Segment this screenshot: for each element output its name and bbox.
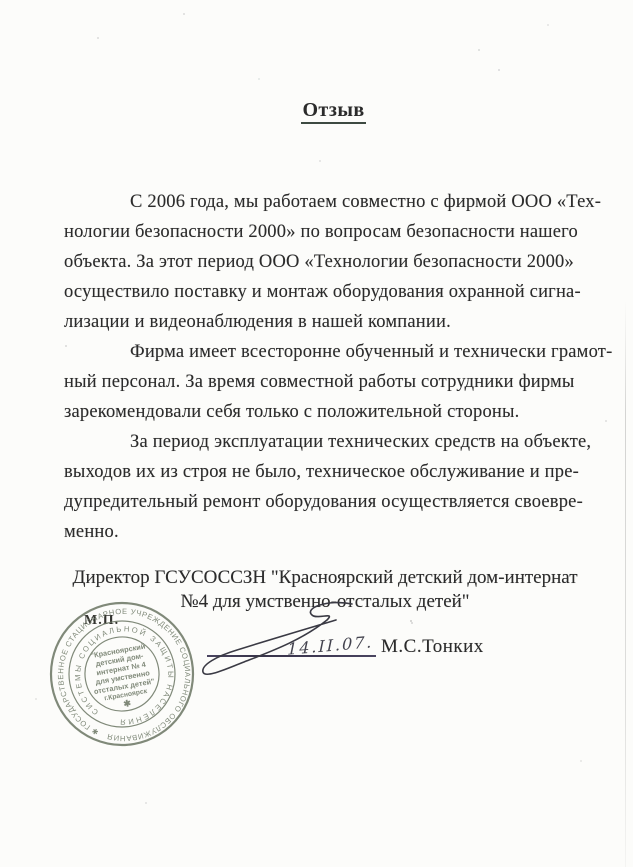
signatory-title-line-1: Директор ГСУСОССЗН "Красноярский детский… — [65, 566, 585, 590]
official-round-stamp-icon: ✱ ГОСУДАРСТВЕННОЕ СТАЦИОНАРНОЕ УЧРЕЖДЕНИ… — [46, 598, 198, 750]
page-title-text: Отзыв — [301, 99, 365, 124]
signer-name: М.С.Тонких — [381, 636, 484, 658]
body-text-line: дупредительный ремонт оборудования осуще… — [64, 487, 571, 517]
scanned-document-page: Отзыв С 2006 года, мы работаем совместно… — [0, 0, 633, 867]
body-text-line: нологии безопасности 2000» по вопросам б… — [64, 217, 571, 247]
body-text-line: ный персонал. За время совместной работы… — [64, 367, 571, 397]
body-text-line: С 2006 года, мы работаем совместно с фир… — [64, 187, 571, 217]
body-text-line: менно. — [64, 517, 571, 547]
scan-edge-artifact — [625, 300, 626, 867]
body-text-line: Фирма имеет всесторонне обученный и техн… — [64, 337, 571, 367]
body-text-line: объекта. За этот период ООО «Технологии … — [64, 247, 571, 277]
document-body: С 2006 года, мы работаем совместно с фир… — [64, 187, 571, 547]
stamp-bottom-star: ✱ — [123, 698, 133, 709]
body-text-line: осуществило поставку и монтаж оборудован… — [64, 277, 571, 307]
body-text-line: За период эксплуатации технических средс… — [64, 427, 571, 457]
body-text-line: лизации и видеонаблюдения в нашей компан… — [64, 307, 571, 337]
body-text-line: выходов их из строя не было, техническое… — [64, 457, 571, 487]
body-text-line: зарекомендовали себя только с положитель… — [64, 397, 571, 427]
scan-noise-specks — [0, 0, 2, 2]
page-title: Отзыв — [34, 99, 633, 122]
